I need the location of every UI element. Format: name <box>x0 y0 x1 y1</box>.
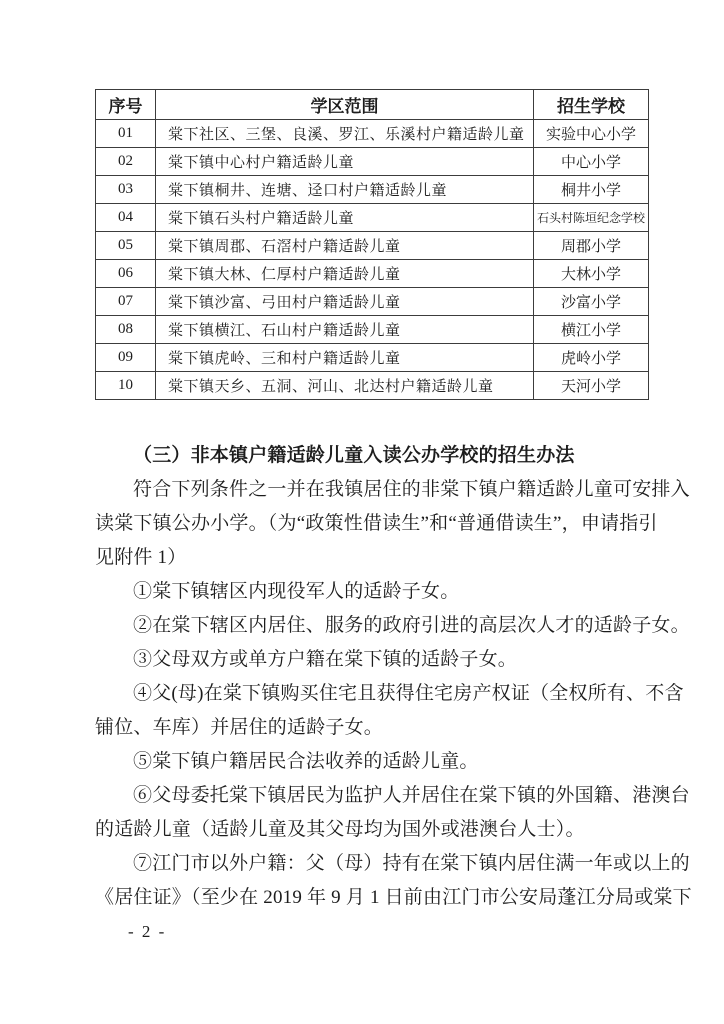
row-serial-number: 02 <box>96 148 156 176</box>
body-line: ⑤棠下镇户籍居民合法收养的适龄儿童。 <box>95 745 650 779</box>
table-row: 08棠下镇横江、石山村户籍适龄儿童横江小学 <box>96 316 649 344</box>
body-line: 读棠下镇公办小学。（为“政策性借读生”和“普通借读生”，申请指引 <box>95 507 650 541</box>
table-row: 04棠下镇石头村户籍适龄儿童石头村陈垣纪念学校 <box>96 204 649 232</box>
section-heading: （三）非本镇户籍适龄儿童入读公办学校的招生办法 <box>95 439 650 473</box>
row-enrolling-school: 大林小学 <box>534 260 649 288</box>
body-line: 见附件 1） <box>95 541 650 575</box>
document-page: 序号 学区范围 招生学校 01棠下社区、三堡、良溪、罗江、乐溪村户籍适龄儿童实验… <box>0 0 724 1024</box>
header-enrolling-school: 招生学校 <box>534 90 649 120</box>
row-serial-number: 05 <box>96 232 156 260</box>
district-school-table: 序号 学区范围 招生学校 01棠下社区、三堡、良溪、罗江、乐溪村户籍适龄儿童实验… <box>95 89 649 400</box>
body-line: 的适龄儿童（适龄儿童及其父母均为国外或港澳台人士）。 <box>95 813 650 847</box>
body-line: 铺位、车库）并居住的适龄子女。 <box>95 711 650 745</box>
table-row: 07棠下镇沙富、弓田村户籍适龄儿童沙富小学 <box>96 288 649 316</box>
row-district-range: 棠下镇虎岭、三和村户籍适龄儿童 <box>156 344 534 372</box>
table-row: 10棠下镇天乡、五洞、河山、北达村户籍适龄儿童天河小学 <box>96 372 649 400</box>
row-district-range: 棠下镇大林、仁厚村户籍适龄儿童 <box>156 260 534 288</box>
body-line: 《居住证》（至少在 2019 年 9 月 1 日前由江门市公安局蓬江分局或棠下 <box>95 881 650 915</box>
row-serial-number: 07 <box>96 288 156 316</box>
row-district-range: 棠下镇天乡、五洞、河山、北达村户籍适龄儿童 <box>156 372 534 400</box>
row-district-range: 棠下镇中心村户籍适龄儿童 <box>156 148 534 176</box>
table-header-row: 序号 学区范围 招生学校 <box>96 90 649 120</box>
row-enrolling-school: 实验中心小学 <box>534 120 649 148</box>
row-serial-number: 09 <box>96 344 156 372</box>
row-enrolling-school: 石头村陈垣纪念学校 <box>534 204 649 232</box>
row-district-range: 棠下镇石头村户籍适龄儿童 <box>156 204 534 232</box>
body-line: ⑥父母委托棠下镇居民为监护人并居住在棠下镇的外国籍、港澳台 <box>95 779 650 813</box>
table-row: 01棠下社区、三堡、良溪、罗江、乐溪村户籍适龄儿童实验中心小学 <box>96 120 649 148</box>
body-text-block: （三）非本镇户籍适龄儿童入读公办学校的招生办法符合下列条件之一并在我镇居住的非棠… <box>95 439 650 915</box>
row-enrolling-school: 天河小学 <box>534 372 649 400</box>
row-district-range: 棠下镇沙富、弓田村户籍适龄儿童 <box>156 288 534 316</box>
row-enrolling-school: 桐井小学 <box>534 176 649 204</box>
row-serial-number: 03 <box>96 176 156 204</box>
body-line: ③父母双方或单方户籍在棠下镇的适龄子女。 <box>95 643 650 677</box>
table-row: 03棠下镇桐井、连塘、迳口村户籍适龄儿童桐井小学 <box>96 176 649 204</box>
row-enrolling-school: 横江小学 <box>534 316 649 344</box>
body-line: ②在棠下辖区内居住、服务的政府引进的高层次人才的适龄子女。 <box>95 609 650 643</box>
row-district-range: 棠下社区、三堡、良溪、罗江、乐溪村户籍适龄儿童 <box>156 120 534 148</box>
table-row: 05棠下镇周郡、石滘村户籍适龄儿童周郡小学 <box>96 232 649 260</box>
row-enrolling-school: 虎岭小学 <box>534 344 649 372</box>
row-enrolling-school: 沙富小学 <box>534 288 649 316</box>
header-district-range: 学区范围 <box>156 90 534 120</box>
row-serial-number: 04 <box>96 204 156 232</box>
body-line: ④父(母)在棠下镇购买住宅且获得住宅房产权证（全权所有、不含 <box>95 677 650 711</box>
page-number: - 2 - <box>128 922 166 942</box>
table-row: 09棠下镇虎岭、三和村户籍适龄儿童虎岭小学 <box>96 344 649 372</box>
row-serial-number: 01 <box>96 120 156 148</box>
header-serial-number: 序号 <box>96 90 156 120</box>
row-serial-number: 06 <box>96 260 156 288</box>
row-serial-number: 10 <box>96 372 156 400</box>
table-row: 06棠下镇大林、仁厚村户籍适龄儿童大林小学 <box>96 260 649 288</box>
body-line: 符合下列条件之一并在我镇居住的非棠下镇户籍适龄儿童可安排入 <box>95 473 650 507</box>
row-district-range: 棠下镇周郡、石滘村户籍适龄儿童 <box>156 232 534 260</box>
table-row: 02棠下镇中心村户籍适龄儿童中心小学 <box>96 148 649 176</box>
row-enrolling-school: 中心小学 <box>534 148 649 176</box>
row-district-range: 棠下镇桐井、连塘、迳口村户籍适龄儿童 <box>156 176 534 204</box>
body-line: ①棠下镇辖区内现役军人的适龄子女。 <box>95 575 650 609</box>
row-enrolling-school: 周郡小学 <box>534 232 649 260</box>
body-line: ⑦江门市以外户籍：父（母）持有在棠下镇内居住满一年或以上的 <box>95 847 650 881</box>
row-serial-number: 08 <box>96 316 156 344</box>
row-district-range: 棠下镇横江、石山村户籍适龄儿童 <box>156 316 534 344</box>
